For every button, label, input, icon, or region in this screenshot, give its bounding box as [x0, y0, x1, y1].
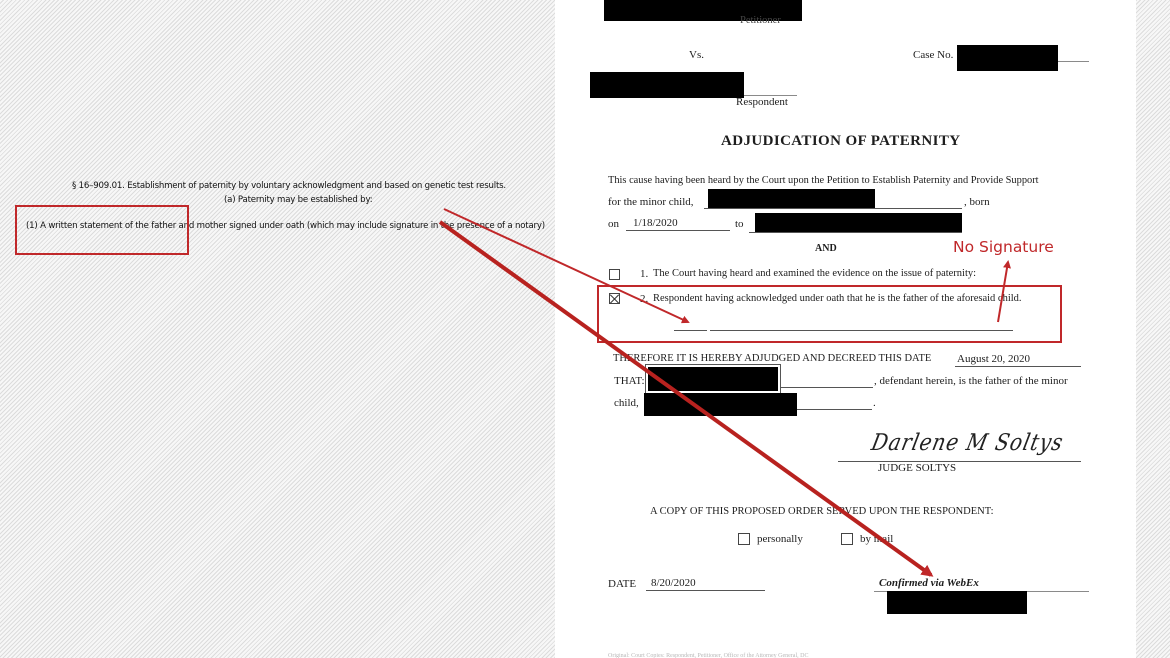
father-name-redaction [646, 365, 780, 393]
father-name-line [780, 387, 873, 388]
judge-label: JUDGE SOLTYS [878, 462, 956, 474]
service-mail-label: by mail [860, 533, 893, 545]
mother-name-redaction [755, 213, 962, 233]
birth-date: 1/18/2020 [633, 217, 678, 229]
footer-distribution-text: Original: Court Copies: Respondent, Peti… [608, 653, 808, 658]
vs-label: Vs. [689, 49, 704, 61]
served-date-line [646, 590, 765, 591]
that-label: THAT: [614, 375, 645, 387]
copy-served-label: A COPY OF THIS PROPOSED ORDER SERVED UPO… [650, 506, 994, 517]
minor-child-line [704, 208, 962, 209]
service-personally-label: personally [757, 533, 803, 545]
case-no-label: Case No. [913, 49, 953, 61]
petitioner-label: Petitioner [740, 15, 781, 26]
child-name-line [797, 409, 872, 410]
and-label: AND [815, 243, 837, 254]
case-number-redaction [957, 45, 1058, 71]
respondent-label: Respondent [736, 96, 788, 108]
confirmed-via-webex: Confirmed via WebEx [879, 577, 979, 589]
child-suffix: . [873, 397, 876, 409]
judge-signature: Darlene M Soltys [869, 428, 1066, 456]
minor-child-name-redaction [708, 189, 875, 208]
mother-line [749, 232, 962, 233]
statute-highlight-box [15, 205, 189, 255]
no-signature-annotation: No Signature [953, 238, 1054, 256]
child-name-redaction [644, 393, 797, 416]
decree-date: August 20, 2020 [957, 353, 1030, 365]
statute-title: § 16–909.01. Establishment of paternity … [72, 181, 506, 191]
decree-date-line [955, 366, 1081, 367]
minor-child-prefix: for the minor child, [608, 196, 694, 208]
option-1-text: The Court having heard and examined the … [653, 268, 976, 279]
date-label: DATE [608, 578, 636, 590]
to-label: to [735, 218, 744, 230]
decree-text: THEREFORE IT IS HEREBY ADJUDGED AND DECR… [613, 353, 931, 364]
option-1-number: 1. [640, 268, 648, 280]
confirmation-name-redaction [887, 591, 1027, 614]
born-label: , born [964, 196, 990, 208]
acknowledgment-highlight-box [597, 285, 1062, 343]
judge-signature-line [838, 461, 1081, 462]
on-label: on [608, 218, 619, 230]
that-suffix: , defendant herein, is the father of the… [874, 375, 1068, 387]
statute-subsection: (a) Paternity may be established by: [224, 195, 372, 205]
birth-date-line [626, 230, 730, 231]
option-1-checkbox[interactable] [609, 269, 620, 280]
service-personally-checkbox[interactable] [738, 533, 750, 545]
child-label: child, [614, 397, 639, 409]
service-mail-checkbox[interactable] [841, 533, 853, 545]
document-title: ADJUDICATION OF PATERNITY [721, 133, 960, 150]
respondent-name-redaction [590, 72, 744, 98]
served-date: 8/20/2020 [651, 577, 696, 589]
case-number-line [1058, 61, 1089, 62]
intro-line-1: This cause having been heard by the Cour… [608, 175, 1039, 186]
